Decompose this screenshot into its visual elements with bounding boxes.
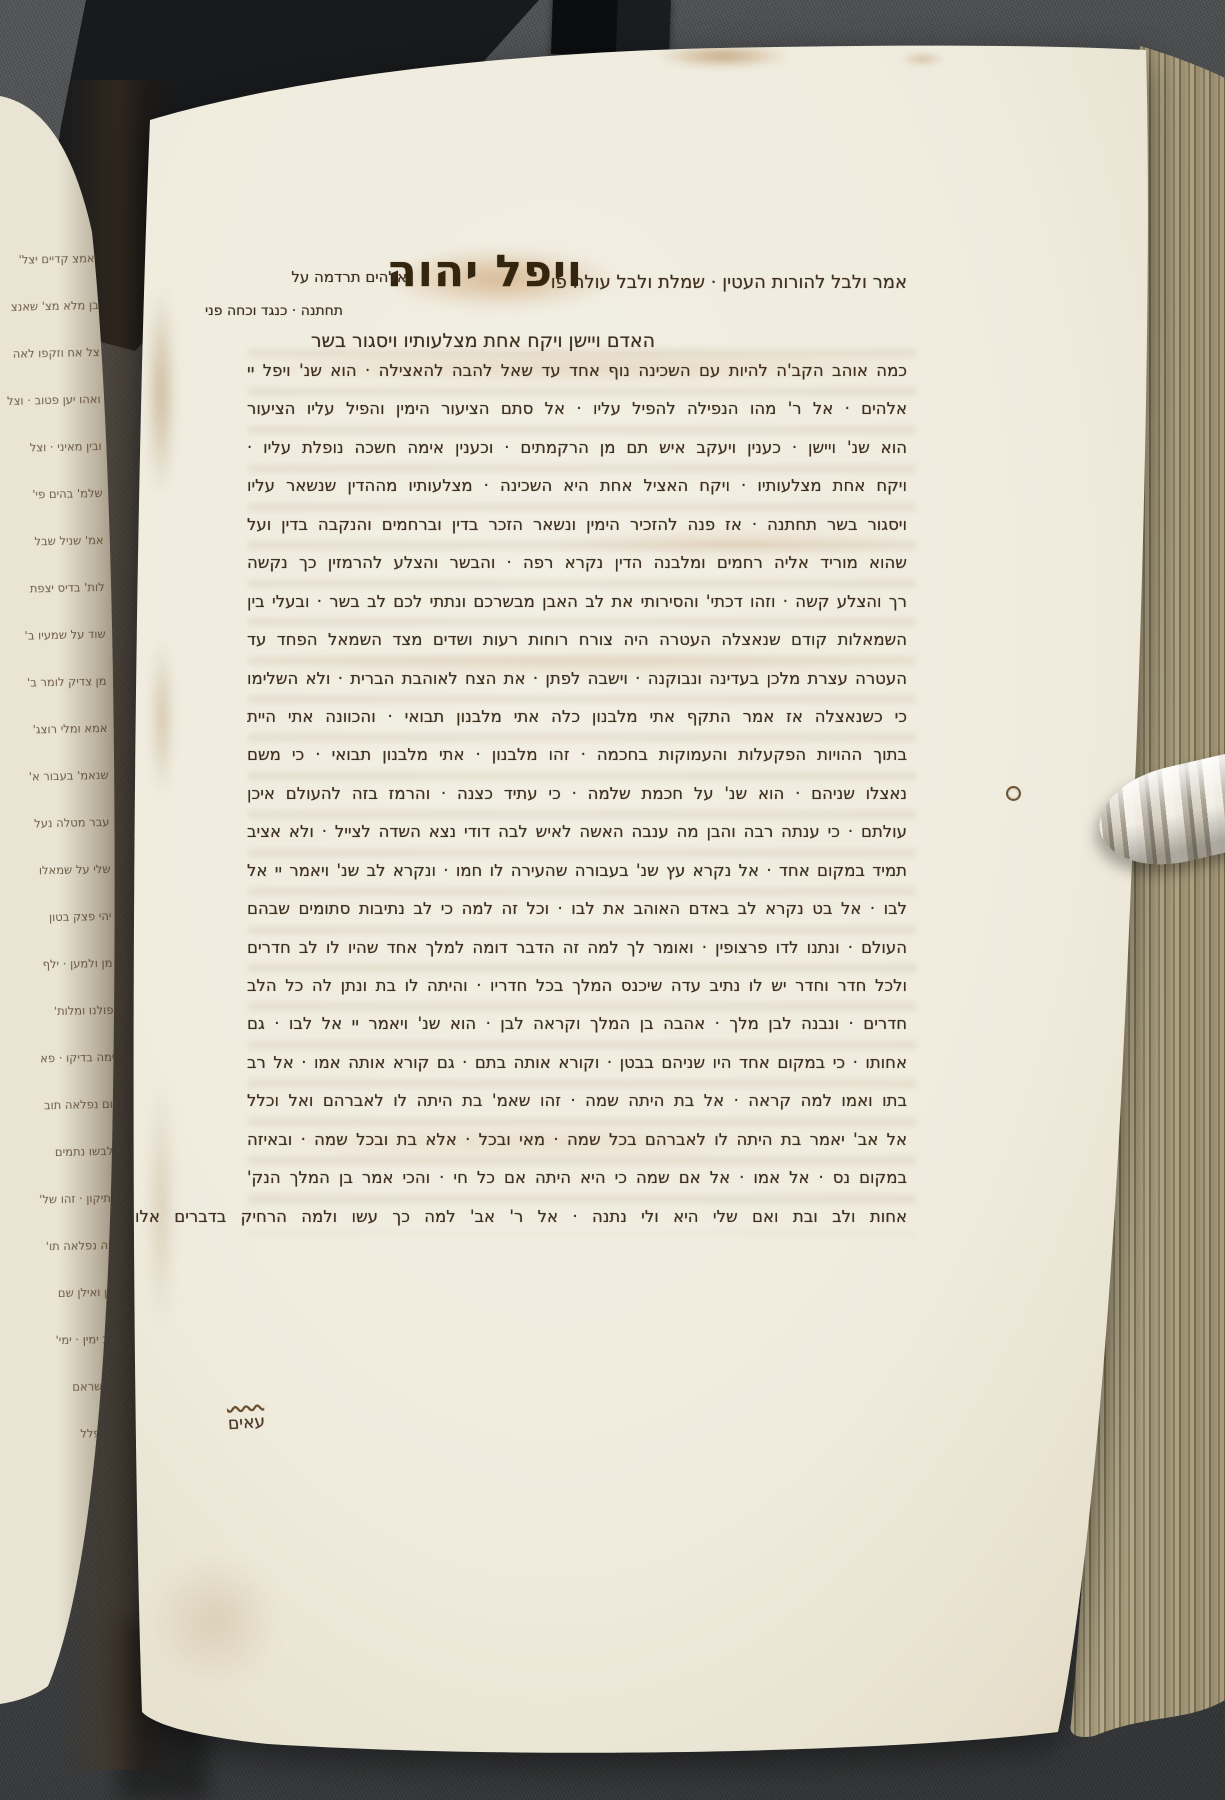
lemma-gloss-top: אלהים תרדמה על: [291, 268, 407, 286]
text-line: אלהים · אל ר' מהו הנפילה להפיל עליו · אל…: [247, 390, 907, 428]
text-line: רך והצלע קשה · וזהו דכתי' והסירותי את לב…: [247, 583, 907, 621]
text-line: שהוא מוריד אליה רחמים ומלבנה הדין נקרא ר…: [247, 544, 907, 582]
text-line: השמאלות קודם שנאצלה העטרה היה צורח רוחות…: [247, 621, 907, 659]
lemma-title: ויפל יהוה: [387, 246, 583, 297]
text-line: נאצלו שניהם · הוא שנ' על חכמת שלמה · כי …: [247, 775, 907, 813]
text-line: בתוך ההויות הפקעלות והעמוקות בחכמה · זהו…: [247, 736, 907, 774]
main-page-wrap: אמר ולבל להורות העטין · שמלת ולבל עולה פ…: [0, 0, 1225, 1800]
manuscript-page: אמר ולבל להורות העטין · שמלת ולבל עולה פ…: [0, 0, 1225, 1800]
text-line: חדרים · ונבנה לבן מלך · אהבה בן המלך וקר…: [247, 1005, 907, 1043]
text-line: לבו · אל בט נקרא לב באדם האוהב את לבו · …: [247, 890, 907, 928]
commentary-text-block: כמה אוהב הקב'ה להיות עם השכינה נוף אחד ע…: [247, 352, 907, 1236]
text-line: אחותו · כי במקום אחד היו שניהם בבטן · וק…: [247, 1044, 907, 1082]
manuscript-photo: ואמצ קדיים יצל'בן מלא מצ' שאנצצל אח וזקפ…: [0, 0, 1225, 1800]
text-line: העטרה עצרת מלכן בעדינה ונבוקנה · וישבה ל…: [247, 660, 907, 698]
text-line: ויסגור בשר תחתנה · אז פנה להזכיר הימין ו…: [247, 506, 907, 544]
text-line: אל אב' יאמר בת היתה לו לאברהם בכל שמה · …: [247, 1121, 907, 1159]
text-line: הוא שנ' ויישן · כענין ויעקב איש תם מן הר…: [247, 429, 907, 467]
text-line: ולכל חדר וחדר יש לו נתיב עדה שיכנס המלך …: [247, 967, 907, 1005]
text-line: ויקח אחת מצלעותיו · ויקח האציל אחת היא ה…: [247, 467, 907, 505]
text-line: העולם · ונתנו לדו פרצופין · ואומר לך למה…: [247, 929, 907, 967]
text-line: בתו ואמו למה קראה · אל בת היתה שמה · זהו…: [247, 1082, 907, 1120]
text-line: תמיד במקום אחד · אל נקרא עץ שנ' בעבורה ש…: [247, 852, 907, 890]
header-lead-text: אמר ולבל להורות העטין · שמלת ולבל עולה פ…: [534, 272, 907, 293]
catchword: עאים: [227, 1412, 265, 1435]
text-line: כי כשנאצלה אז אמר התקף אתי מלבנון כלה את…: [247, 698, 907, 736]
text-line: במקום נס · אל אמו · אל אם שמה כי היא הית…: [247, 1159, 907, 1197]
text-line: כמה אוהב הקב'ה להיות עם השכינה נוף אחד ע…: [247, 352, 907, 390]
handwritten-text-layer: אמר ולבל להורות העטין · שמלת ולבל עולה פ…: [0, 0, 1225, 1800]
lemma-gloss-bottom: תחתנה · כנגד וכחה פני: [205, 303, 343, 319]
text-line: עולתם · כי ענתה רבה והבן מה ענבה האשה לא…: [247, 813, 907, 851]
wormhole-mark: [1006, 786, 1021, 801]
lemma-second-line: האדם ויישן ויקח אחת מצלעותיו ויסגור בשר: [311, 330, 655, 352]
text-line: אחות ולב ובת ואם שלי היא ולי נתנה · אל ר…: [135, 1198, 907, 1236]
